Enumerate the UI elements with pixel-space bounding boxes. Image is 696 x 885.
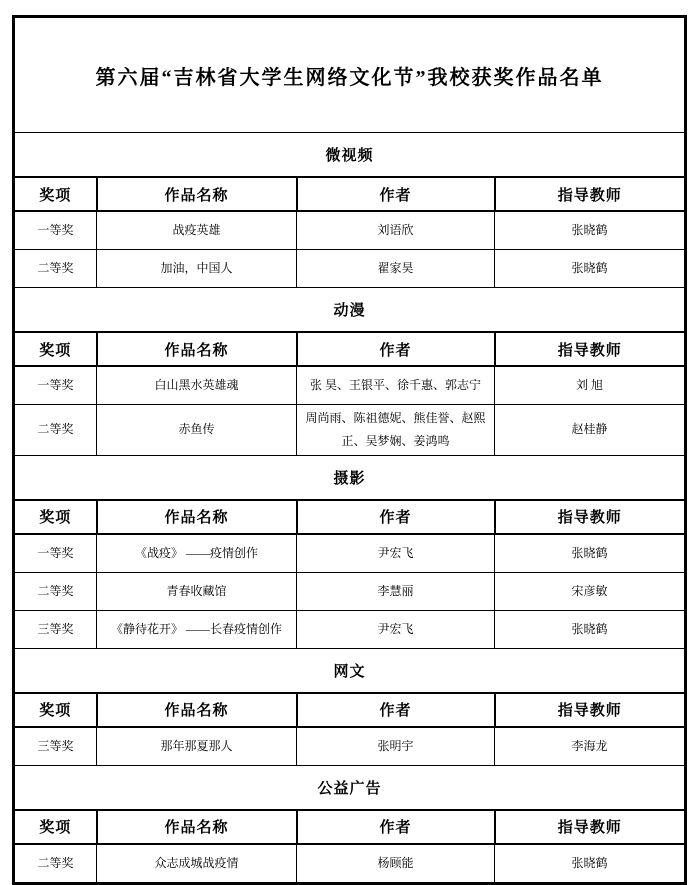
author-cell: 张明宇 [297,727,495,766]
section-title: 公益广告 [14,765,686,810]
award-cell: 一等奖 [14,366,97,405]
column-header-work: 作品名称 [97,693,297,727]
section-row: 网文 [14,648,686,693]
award-cell: 一等奖 [14,211,97,250]
author-cell: 李慧丽 [297,572,495,610]
table-row: 二等奖赤鱼传周尚雨、陈祖德妮、熊佳誉、赵熙正、吴梦娴、姜鸿鸣赵桂静 [14,405,686,456]
author-cell: 翟家昊 [297,250,495,288]
author-cell: 张 昊、王银平、徐千惠、郭志宁 [297,366,495,405]
section-title: 微视频 [14,133,686,178]
column-header-teacher: 指导教师 [495,177,686,211]
work-cell: 白山黑水英雄魂 [97,366,297,405]
work-cell: 战疫英雄 [97,211,297,250]
table-row: 三等奖《静待花开》 ——长春疫情创作尹宏飞张晓鹤 [14,610,686,648]
teacher-cell: 赵桂静 [495,405,686,456]
table-row: 一等奖战疫英雄刘语欣张晓鹤 [14,211,686,250]
column-header-award: 奖项 [14,177,97,211]
column-header-award: 奖项 [14,500,97,534]
table-row: 二等奖加油，中国人翟家昊张晓鹤 [14,250,686,288]
work-cell: 加油，中国人 [97,250,297,288]
work-cell: 赤鱼传 [97,405,297,456]
award-cell: 二等奖 [14,250,97,288]
column-header-author: 作者 [297,500,495,534]
teacher-cell: 张晓鹤 [495,250,686,288]
column-header-author: 作者 [297,332,495,366]
author-cell: 尹宏飞 [297,534,495,573]
column-header-award: 奖项 [14,332,97,366]
award-cell: 二等奖 [14,405,97,456]
column-header-author: 作者 [297,693,495,727]
teacher-cell: 张晓鹤 [495,534,686,573]
author-cell: 杨顾能 [297,844,495,884]
author-cell: 刘语欣 [297,211,495,250]
column-header-author: 作者 [297,810,495,844]
teacher-cell: 张晓鹤 [495,844,686,884]
column-header-work: 作品名称 [97,177,297,211]
document-page: 第六届“吉林省大学生网络文化节”我校获奖作品名单 微视频奖项作品名称作者指导教师… [0,0,696,885]
title-row: 第六届“吉林省大学生网络文化节”我校获奖作品名单 [14,17,686,133]
author-cell: 周尚雨、陈祖德妮、熊佳誉、赵熙正、吴梦娴、姜鸿鸣 [297,405,495,456]
column-header-author: 作者 [297,177,495,211]
table-row: 三等奖那年那夏那人张明宇李海龙 [14,727,686,766]
table-row: 二等奖青春收藏馆李慧丽宋彦敏 [14,572,686,610]
award-cell: 二等奖 [14,572,97,610]
column-header-award: 奖项 [14,693,97,727]
page-title: 第六届“吉林省大学生网络文化节”我校获奖作品名单 [14,17,686,133]
section-title: 动漫 [14,288,686,333]
table-row: 一等奖白山黑水英雄魂张 昊、王银平、徐千惠、郭志宁刘 旭 [14,366,686,405]
column-header-row: 奖项作品名称作者指导教师 [14,500,686,534]
column-header-teacher: 指导教师 [495,810,686,844]
column-header-row: 奖项作品名称作者指导教师 [14,177,686,211]
section-row: 动漫 [14,288,686,333]
work-cell: 众志成城战疫情 [97,844,297,884]
work-cell: 青春收藏馆 [97,572,297,610]
teacher-cell: 刘 旭 [495,366,686,405]
column-header-work: 作品名称 [97,810,297,844]
author-cell: 尹宏飞 [297,610,495,648]
table-row: 一等奖《战疫》 ——疫情创作尹宏飞张晓鹤 [14,534,686,573]
column-header-work: 作品名称 [97,332,297,366]
award-cell: 一等奖 [14,534,97,573]
award-cell: 三等奖 [14,727,97,766]
teacher-cell: 张晓鹤 [495,610,686,648]
work-cell: 《战疫》 ——疫情创作 [97,534,297,573]
section-row: 微视频 [14,133,686,178]
teacher-cell: 张晓鹤 [495,211,686,250]
column-header-teacher: 指导教师 [495,332,686,366]
column-header-row: 奖项作品名称作者指导教师 [14,810,686,844]
section-row: 公益广告 [14,765,686,810]
awards-table: 第六届“吉林省大学生网络文化节”我校获奖作品名单 微视频奖项作品名称作者指导教师… [12,15,687,885]
section-row: 摄影 [14,455,686,500]
section-title: 网文 [14,648,686,693]
work-cell: 那年那夏那人 [97,727,297,766]
column-header-teacher: 指导教师 [495,500,686,534]
section-title: 摄影 [14,455,686,500]
work-cell: 《静待花开》 ——长春疫情创作 [97,610,297,648]
column-header-work: 作品名称 [97,500,297,534]
column-header-teacher: 指导教师 [495,693,686,727]
award-cell: 三等奖 [14,610,97,648]
award-cell: 二等奖 [14,844,97,884]
teacher-cell: 李海龙 [495,727,686,766]
column-header-award: 奖项 [14,810,97,844]
teacher-cell: 宋彦敏 [495,572,686,610]
column-header-row: 奖项作品名称作者指导教师 [14,332,686,366]
column-header-row: 奖项作品名称作者指导教师 [14,693,686,727]
